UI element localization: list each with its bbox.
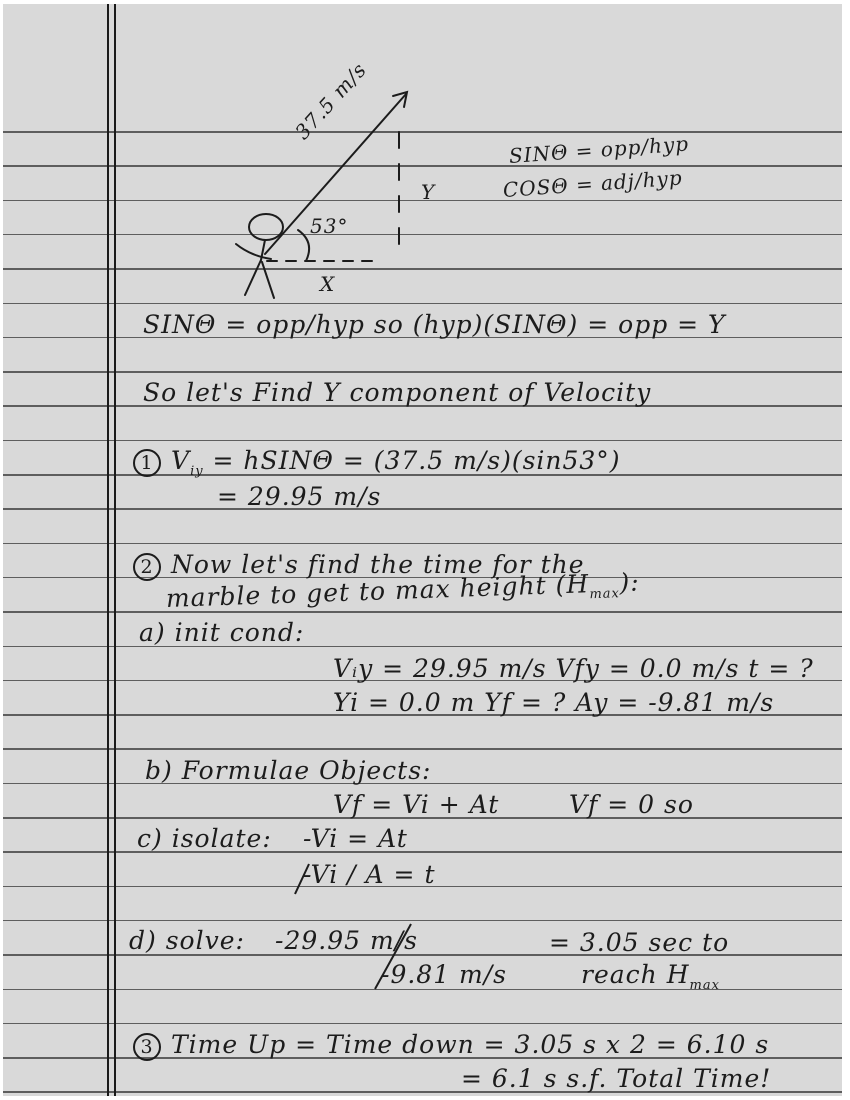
- step1-number-badge: 1: [133, 449, 161, 477]
- angle-label: 53°: [310, 214, 348, 238]
- y-axis-label: Y: [421, 180, 435, 204]
- step2c-line2: -Vi / A = t: [303, 860, 436, 889]
- step2a-label: a) init cond:: [139, 618, 304, 647]
- step3-number-badge: 3: [133, 1033, 161, 1061]
- step2a-initial-conditions-line1: Vᵢy = 29.95 m/s Vfy = 0.0 m/s t = ?: [333, 654, 814, 683]
- step2b-formula: Vf = Vi + At: [333, 790, 499, 819]
- step2-number-badge: 2: [133, 553, 161, 581]
- sin-rearrangement: SINΘ = opp/hyp so (hyp)(SINΘ) = opp = Y: [143, 310, 726, 339]
- stick-figure-head: [249, 214, 283, 240]
- step2c-label: c) isolate:: [137, 824, 272, 853]
- step2d-numerator: -29.95 m/s: [275, 926, 418, 955]
- step2a-initial-conditions-line2: Yi = 0.0 m Yf = ? Ay = -9.81 m/s: [333, 688, 774, 717]
- step2d-denominator: -9.81 m/s: [381, 960, 507, 989]
- step2d-label: d) solve:: [129, 926, 245, 955]
- find-y-component-heading: So let's Find Y component of Velocity: [143, 378, 651, 407]
- step1-result: = 29.95 m/s: [217, 482, 381, 511]
- step3-total-time: = 6.1 s s.f. Total Time!: [461, 1064, 771, 1093]
- lined-notebook-page: 37.5 m/s 53° X Y SINΘ = opp/hyp COSΘ = a…: [3, 4, 842, 1096]
- step2c-line1: -Vi = At: [303, 824, 408, 853]
- step2b-label: b) Formulae Objects:: [145, 756, 431, 785]
- step1-equation: = hSINΘ = (37.5 m/s)(sin53°): [213, 446, 621, 475]
- step1-line: 1Viy = hSINΘ = (37.5 m/s)(sin53°): [133, 446, 621, 479]
- x-axis-label: X: [320, 272, 335, 296]
- step2d-result-line2: reach Hmax: [581, 960, 720, 993]
- step2b-note: Vf = 0 so: [569, 790, 694, 819]
- step3-line1: 3Time Up = Time down = 3.05 s x 2 = 6.10…: [133, 1030, 769, 1061]
- step2d-result: = 3.05 sec to: [549, 928, 729, 957]
